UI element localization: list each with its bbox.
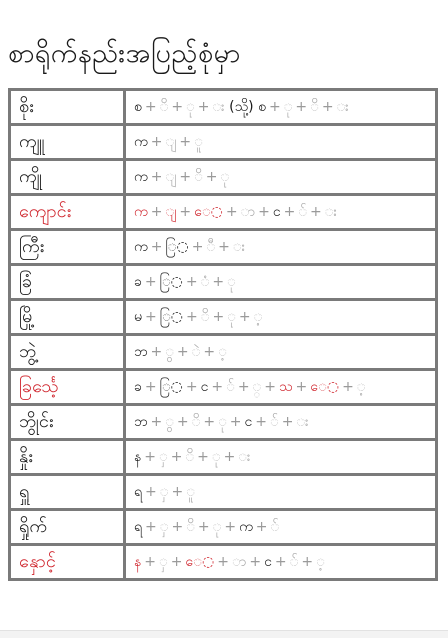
plus-sign: +: [264, 379, 276, 395]
spelling-component: င: [264, 554, 272, 570]
plus-sign: +: [144, 554, 156, 570]
plus-sign: +: [203, 414, 215, 430]
plus-sign: +: [145, 309, 157, 325]
spelling-component: ◌ှ: [159, 449, 168, 465]
spelling-component: က: [134, 134, 148, 150]
breakdown-cell: က+◌ျ+◌ူ: [125, 125, 437, 160]
plus-sign: +: [238, 379, 250, 395]
spelling-component: ◌ိ: [186, 519, 195, 535]
spelling-component: (သို့): [225, 99, 258, 115]
plus-sign: +: [256, 519, 268, 535]
word-cell: ကျောင်း: [10, 195, 125, 230]
bottom-scroll-edge: [0, 630, 448, 638]
plus-sign: +: [179, 169, 191, 185]
spelling-component: ◌ိ: [192, 414, 201, 430]
spelling-component: င: [273, 204, 281, 220]
plus-sign: +: [197, 449, 209, 465]
table-row: ခြင်္သေ့ခ+ြ◌+င+◌်+◌္+သ+ေ◌+◌့: [10, 370, 437, 405]
table-row: မြို့မ+ြ◌+◌ိ+◌ု+◌့: [10, 300, 437, 335]
spelling-component: ြ◌: [160, 274, 183, 290]
plus-sign: +: [186, 274, 198, 290]
spelling-component: ◌့: [254, 309, 263, 325]
breakdown-cell: မ+ြ◌+◌ိ+◌ု+◌့: [125, 300, 437, 335]
spelling-component: ◌ံ: [201, 274, 210, 290]
spelling-component: ◌း: [296, 414, 308, 430]
plus-sign: +: [186, 379, 198, 395]
plus-sign: +: [151, 134, 163, 150]
plus-sign: +: [177, 344, 189, 360]
plus-sign: +: [275, 554, 287, 570]
spelling-component: ◌း: [337, 99, 349, 115]
spelling-component: ◌ာ: [232, 554, 246, 570]
plus-sign: +: [177, 414, 189, 430]
breakdown-cell: က+◌ျ+ေ◌+◌ာ+င+◌်+◌း: [125, 195, 437, 230]
spelling-component: ခ: [134, 379, 142, 395]
plus-sign: +: [151, 239, 163, 255]
plus-sign: +: [150, 344, 162, 360]
plus-sign: +: [171, 519, 183, 535]
plus-sign: +: [226, 204, 238, 220]
spelling-component: ◌ိ: [310, 99, 319, 115]
spelling-component: ◌ု: [227, 309, 236, 325]
spelling-component: မ: [134, 309, 142, 325]
spelling-component: ရ: [134, 484, 142, 500]
plus-sign: +: [217, 554, 229, 570]
spelling-component: က: [239, 519, 253, 535]
breakdown-cell: န+◌ှ+ေ◌+◌ာ+င+◌်+◌့: [125, 545, 437, 580]
spelling-component: ◌့: [218, 344, 227, 360]
table-row: ဘွဲ့ဘ+◌ွ+◌ဲ+◌့: [10, 335, 437, 370]
table-row: နှောင့်န+◌ှ+ေ◌+◌ာ+င+◌်+◌့: [10, 545, 437, 580]
spelling-component: ◌ွ: [165, 344, 174, 360]
breakdown-cell: က+◌ျ+◌ိ+◌ု: [125, 160, 437, 195]
plus-sign: +: [151, 204, 163, 220]
spelling-component: ◌ိ: [185, 449, 194, 465]
spelling-component: က: [134, 204, 148, 220]
plus-sign: +: [212, 309, 224, 325]
spelling-component: ◌ု: [221, 169, 230, 185]
plus-sign: +: [145, 274, 157, 290]
plus-sign: +: [171, 484, 183, 500]
spelling-component: ◌ီ: [206, 239, 215, 255]
table-row: နှိုးန+◌ှ+◌ိ+◌ု+◌း: [10, 440, 437, 475]
spelling-component: စ: [258, 99, 266, 115]
plus-sign: +: [255, 414, 267, 430]
plus-sign: +: [145, 379, 157, 395]
spelling-component: န: [134, 554, 141, 570]
spelling-component: ◌ူ: [194, 134, 203, 150]
spelling-component: ◌ူ: [186, 484, 195, 500]
word-cell: ရှူ: [10, 475, 125, 510]
spelling-component: င: [201, 379, 209, 395]
spelling-component: ဘ: [134, 344, 147, 360]
breakdown-cell: ခ+ြ◌+င+◌်+◌္+သ+ေ◌+◌့: [125, 370, 437, 405]
breakdown-cell: ဘ+◌ွ+◌ဲ+◌့: [125, 335, 437, 370]
table-row: ဘွိုင်းဘ+◌ွ+◌ိ+◌ု+င+◌်+◌း: [10, 405, 437, 440]
spelling-component: ◌ျ: [165, 134, 176, 150]
page-title: စာရိုက်နည်းအပြည့်စုံမှာ: [8, 36, 241, 76]
table-row: ကျူက+◌ျ+◌ူ: [10, 125, 437, 160]
spelling-component: ◌်: [298, 204, 307, 220]
breakdown-cell: ရ+◌ှ+◌ူ: [125, 475, 437, 510]
word-cell: မြို့: [10, 300, 125, 335]
plus-sign: +: [198, 519, 210, 535]
plus-sign: +: [211, 379, 223, 395]
spelling-component: ◌့: [316, 554, 325, 570]
spelling-component: ◌ှ: [160, 519, 169, 535]
spelling-component: ◌်: [271, 519, 280, 535]
spelling-component: ◌ု: [284, 99, 293, 115]
spelling-component: ◌ာ: [241, 204, 255, 220]
spelling-component: ◌ု: [218, 414, 227, 430]
plus-sign: +: [171, 554, 183, 570]
spelling-component: ◌်: [226, 379, 235, 395]
plus-sign: +: [145, 484, 157, 500]
spelling-component: ◌း: [325, 204, 337, 220]
plus-sign: +: [198, 99, 210, 115]
plus-sign: +: [179, 204, 191, 220]
spelling-component: ◌ှ: [159, 554, 168, 570]
table-body: စိုးစ+◌ိ+◌ု+◌း (သို့) စ+◌ု+◌ိ+◌းကျူက+◌ျ+…: [10, 90, 437, 580]
plus-sign: +: [269, 99, 281, 115]
word-cell: ဘွိုင်း: [10, 405, 125, 440]
plus-sign: +: [171, 99, 183, 115]
table-row: စိုးစ+◌ိ+◌ု+◌း (သို့) စ+◌ု+◌ိ+◌း: [10, 90, 437, 125]
spelling-component: န: [134, 449, 141, 465]
word-cell: ကျူ: [10, 125, 125, 160]
spelling-component: င: [245, 414, 253, 430]
spelling-component: ရ: [134, 519, 142, 535]
spelling-component: ◌ု: [186, 99, 195, 115]
plus-sign: +: [179, 134, 191, 150]
spelling-component: ◌ျ: [165, 169, 176, 185]
spelling-component: ြ◌: [165, 239, 188, 255]
breakdown-cell: ဘ+◌ွ+◌ိ+◌ု+င+◌်+◌း: [125, 405, 437, 440]
word-cell: ခြံ: [10, 265, 125, 300]
spelling-component: စ: [134, 99, 142, 115]
word-cell: နှောင့်: [10, 545, 125, 580]
spelling-component: ◌့: [357, 379, 366, 395]
spelling-table: စိုးစ+◌ိ+◌ု+◌း (သို့) စ+◌ု+◌ိ+◌းကျူက+◌ျ+…: [8, 88, 438, 581]
spelling-component: ေ◌: [185, 554, 214, 570]
plus-sign: +: [206, 169, 218, 185]
plus-sign: +: [224, 449, 236, 465]
table-row: ရှိုက်ရ+◌ှ+◌ိ+◌ု+က+◌်: [10, 510, 437, 545]
plus-sign: +: [284, 204, 296, 220]
spelling-component: ◌ဲ: [192, 344, 201, 360]
spelling-component: က: [134, 169, 148, 185]
plus-sign: +: [145, 99, 157, 115]
plus-sign: +: [282, 414, 294, 430]
spelling-component: သ: [279, 379, 293, 395]
spelling-component: ◌ျ: [165, 204, 176, 220]
spelling-component: ◌း: [233, 239, 245, 255]
plus-sign: +: [145, 519, 157, 535]
spelling-component: ◌း: [238, 449, 250, 465]
breakdown-cell: န+◌ှ+◌ိ+◌ု+◌း: [125, 440, 437, 475]
word-cell: ဘွဲ့: [10, 335, 125, 370]
plus-sign: +: [212, 274, 224, 290]
plus-sign: +: [322, 99, 334, 115]
table-row: ကျောင်းက+◌ျ+ေ◌+◌ာ+င+◌်+◌း: [10, 195, 437, 230]
word-cell: ကြီး: [10, 230, 125, 265]
plus-sign: +: [218, 239, 230, 255]
spelling-component: ◌်: [270, 414, 279, 430]
plus-sign: +: [224, 519, 236, 535]
spelling-component: ◌္: [253, 379, 262, 395]
table-row: ခြံခ+ြ◌+◌ံ+◌ု: [10, 265, 437, 300]
spelling-component: ◌ိ: [160, 99, 169, 115]
plus-sign: +: [258, 204, 270, 220]
spelling-component: ◌ိ: [201, 309, 210, 325]
plus-sign: +: [192, 239, 204, 255]
spelling-component: ြ◌: [160, 309, 183, 325]
breakdown-cell: က+ြ◌+◌ီ+◌း: [125, 230, 437, 265]
plus-sign: +: [230, 414, 242, 430]
plus-sign: +: [151, 169, 163, 185]
spelling-component: ◌ိ: [194, 169, 203, 185]
breakdown-cell: ခ+ြ◌+◌ံ+◌ု: [125, 265, 437, 300]
plus-sign: +: [171, 449, 183, 465]
spelling-component: က: [134, 239, 148, 255]
spelling-component: ေ◌: [310, 379, 339, 395]
plus-sign: +: [239, 309, 251, 325]
plus-sign: +: [186, 309, 198, 325]
word-cell: ကျို: [10, 160, 125, 195]
plus-sign: +: [144, 449, 156, 465]
plus-sign: +: [203, 344, 215, 360]
table-row: ကျိုက+◌ျ+◌ိ+◌ု: [10, 160, 437, 195]
spelling-component: ဘ: [134, 414, 147, 430]
spelling-component: ◌ှ: [160, 484, 169, 500]
spelling-component: ◌ု: [213, 519, 222, 535]
spelling-component: ြ◌: [160, 379, 183, 395]
spelling-component: ◌ု: [227, 274, 236, 290]
breakdown-cell: ရ+◌ှ+◌ိ+◌ု+က+◌်: [125, 510, 437, 545]
word-cell: ရှိုက်: [10, 510, 125, 545]
word-cell: စိုး: [10, 90, 125, 125]
spelling-component: ◌း: [212, 99, 224, 115]
table-row: ရှူရ+◌ှ+◌ူ: [10, 475, 437, 510]
table-row: ကြီးက+ြ◌+◌ီ+◌း: [10, 230, 437, 265]
plus-sign: +: [150, 414, 162, 430]
word-cell: နှိုး: [10, 440, 125, 475]
plus-sign: +: [342, 379, 354, 395]
spelling-component: ◌ွ: [165, 414, 174, 430]
spelling-component: ခ: [134, 274, 142, 290]
plus-sign: +: [249, 554, 261, 570]
spelling-component: ◌ု: [212, 449, 221, 465]
plus-sign: +: [310, 204, 322, 220]
spelling-component: ◌်: [290, 554, 299, 570]
plus-sign: +: [301, 554, 313, 570]
spelling-component: ေ◌: [194, 204, 223, 220]
plus-sign: +: [296, 379, 308, 395]
word-cell: ခြင်္သေ့: [10, 370, 125, 405]
plus-sign: +: [295, 99, 307, 115]
breakdown-cell: စ+◌ိ+◌ု+◌း (သို့) စ+◌ု+◌ိ+◌း: [125, 90, 437, 125]
